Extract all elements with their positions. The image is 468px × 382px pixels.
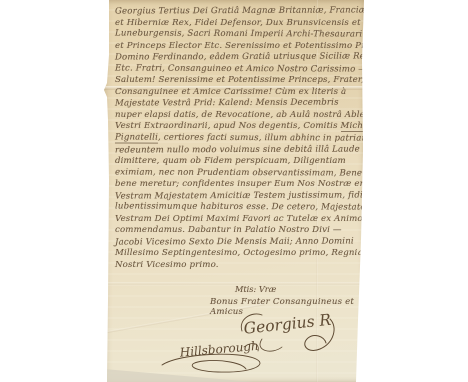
letter-line: et Princeps Elector Etc. Serenissimo et … — [115, 41, 361, 53]
letter-line: nuper elapsi datis, de Revocatione, ab A… — [115, 110, 361, 122]
letter-body: Georgius Tertius Dei Gratiâ Magnæ Britan… — [115, 6, 361, 272]
closing-block: Mtis: Vræ Bonus Frater Consanguineus et … — [104, 283, 365, 382]
letter-line: et Hiberniæ Rex, Fidei Defensor, Dux Bru… — [115, 18, 361, 30]
letter-line: Luneburgensis, Sacri Romani Imperii Arch… — [115, 29, 361, 42]
letter-line: Majestate Vestrâ Prid: Kalend: Mensis De… — [115, 98, 361, 111]
letter-line: redeuntem nullo modo voluimus sine debit… — [115, 144, 361, 157]
letter-line: Nostri Vicesimo primo. — [115, 260, 361, 272]
letter-line: Vestram Dei Optimi Maximi Favori ac Tute… — [115, 214, 361, 226]
letter-line: bene meretur; confidentes insuper Eum No… — [115, 179, 361, 191]
manuscript-page: Georgius Tertius Dei Gratiâ Magnæ Britan… — [104, 0, 365, 382]
letter-line: Salutem! Serenissime et Potentissime Pri… — [115, 75, 361, 87]
underlined-word: Pignatelli — [115, 132, 158, 143]
letter-line: Millesimo Septingentesimo, Octogesimo pr… — [115, 248, 361, 260]
scene: Georgius Tertius Dei Gratiâ Magnæ Britan… — [0, 0, 468, 382]
letter-line: dimittere, quam ob Fidem perspicuam, Dil… — [115, 156, 361, 168]
letter-line: commendamus. Dabantur in Palatio Nostro … — [115, 225, 361, 237]
letter-line: Georgius Tertius Dei Gratiâ Magnæ Britan… — [115, 5, 361, 18]
letter-line: Vestri Extraordinarii, apud Nos degentis… — [115, 121, 361, 133]
letter-line: Etc. Fratri, Consanguineo et Amico Nostr… — [115, 63, 361, 76]
letter-line: Pignatelli, certiores facti sumus, illum… — [115, 132, 361, 145]
royal-signature-text: Georgius R — [243, 311, 332, 338]
majesty-abbreviation: Mtis: Vræ — [235, 284, 276, 294]
secretary-signature: Hillsborough — [156, 335, 286, 381]
letter-line: Domino Ferdinando, eâdem Gratiâ utriusqu… — [115, 52, 361, 65]
underlined-word: Michaelis — [341, 121, 384, 132]
letter-line: eximiam, nec non Prudentiam observantiss… — [115, 167, 361, 180]
letter-line: lubentissimumque habituros esse. De cete… — [115, 202, 361, 215]
letter-line: Jacobi Vicesimo Sexto Die Mensis Maii; A… — [115, 236, 361, 249]
